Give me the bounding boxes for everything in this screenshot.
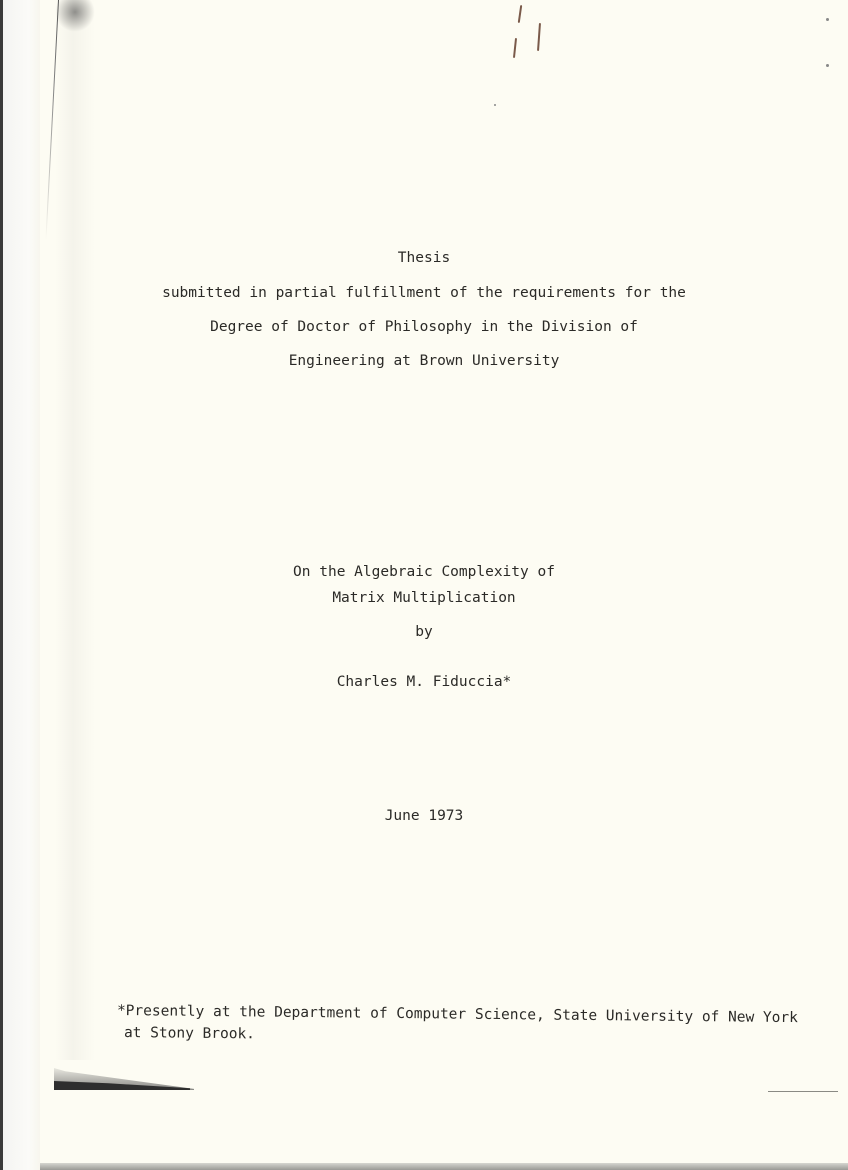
scan-speck bbox=[826, 64, 829, 67]
title-line-1: On the Algebraic Complexity of bbox=[0, 564, 848, 580]
pencil-mark bbox=[537, 23, 541, 51]
submission-line-3: Engineering at Brown University bbox=[0, 353, 848, 369]
submission-line-1: submitted in partial fulfillment of the … bbox=[0, 285, 848, 301]
footnote-line-2: at Stony Brook. bbox=[124, 1025, 255, 1042]
author-name: Charles M. Fiduccia* bbox=[0, 674, 848, 690]
scan-speck bbox=[494, 104, 496, 106]
by-label: by bbox=[0, 624, 848, 640]
pencil-mark bbox=[518, 5, 522, 23]
scan-speck bbox=[826, 18, 829, 21]
title-line-2: Matrix Multiplication bbox=[0, 590, 848, 606]
thesis-date: June 1973 bbox=[0, 808, 848, 824]
scan-bottom-edge bbox=[40, 1163, 848, 1170]
footnote-line-1: *Presently at the Department of Computer… bbox=[117, 1003, 798, 1026]
scan-left-strip bbox=[3, 0, 40, 1170]
pencil-mark bbox=[513, 38, 517, 58]
submission-line-2: Degree of Doctor of Philosophy in the Di… bbox=[0, 319, 848, 335]
scan-right-rule bbox=[768, 1091, 838, 1092]
thesis-heading: Thesis bbox=[0, 250, 848, 266]
scan-shadow-band bbox=[55, 0, 95, 1060]
